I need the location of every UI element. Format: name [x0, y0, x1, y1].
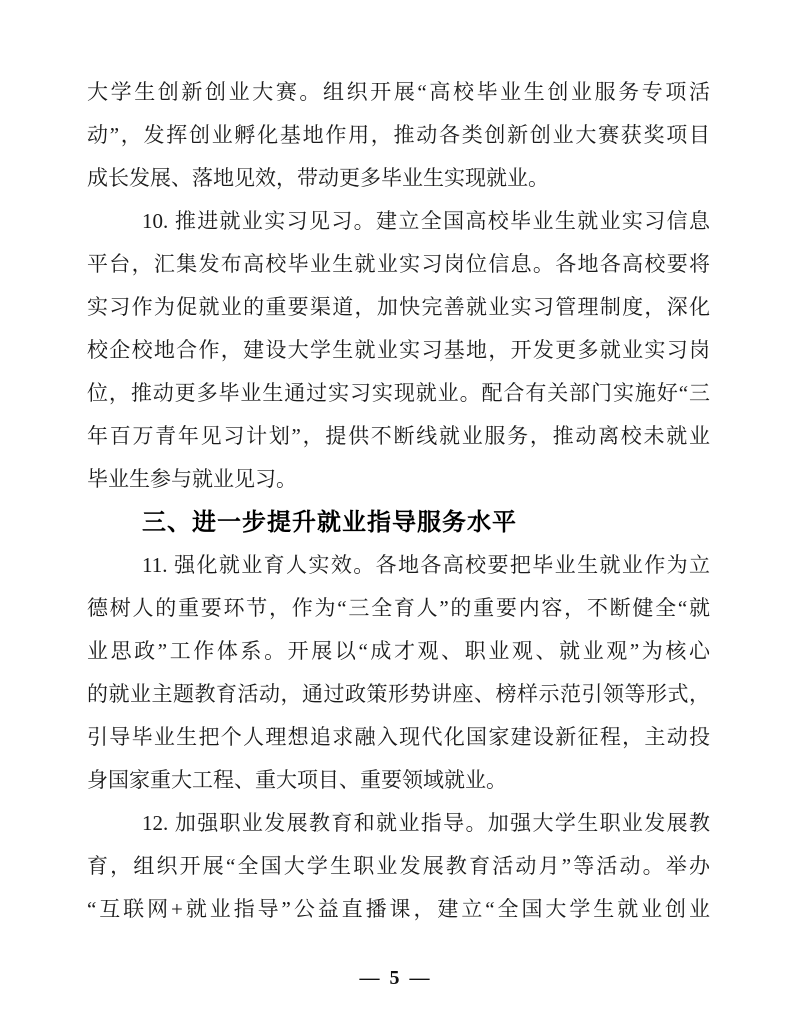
- page-footer: — 5 —: [0, 963, 789, 993]
- text-line: 动”，发挥创业孵化基地作用，推动各类创新创业大赛获奖项目: [87, 114, 710, 157]
- text-line: 业思政”工作体系。开展以“成才观、职业观、就业观”为核心: [87, 630, 710, 673]
- text-line: 毕业生参与就业见习。: [87, 458, 710, 501]
- text-line: 引导毕业生把个人理想追求融入现代化国家建设新征程，主动投: [87, 716, 710, 759]
- text-line: 身国家重大工程、重大项目、重要领域就业。: [87, 759, 710, 802]
- paragraph-10-start: 10. 推进就业实习见习。建立全国高校毕业生就业实习信息: [87, 200, 710, 243]
- footer-dash-left: —: [360, 967, 380, 989]
- paragraph-12-start: 12. 加强职业发展教育和就业指导。加强大学生职业发展教: [87, 802, 710, 845]
- text-line: 成长发展、落地见效，带动更多毕业生实现就业。: [87, 157, 710, 200]
- text-line: 的就业主题教育活动，通过政策形势讲座、榜样示范引领等形式，: [87, 673, 710, 716]
- text-line: “互联网+就业指导”公益直播课，建立“全国大学生就业创业: [87, 888, 710, 931]
- paragraph-11-start: 11. 强化就业育人实效。各地各高校要把毕业生就业作为立: [87, 544, 710, 587]
- document-text-block: 大学生创新创业大赛。组织开展“高校毕业生创业服务专项活 动”，发挥创业孵化基地作…: [87, 71, 710, 931]
- document-page: 大学生创新创业大赛。组织开展“高校毕业生创业服务专项活 动”，发挥创业孵化基地作…: [0, 0, 789, 1013]
- page-number: 5: [390, 967, 400, 989]
- section-heading: 三、进一步提升就业指导服务水平: [87, 501, 710, 544]
- text-line: 位，推动更多毕业生通过实习实现就业。配合有关部门实施好“三: [87, 372, 710, 415]
- text-line: 育，组织开展“全国大学生职业发展教育活动月”等活动。举办: [87, 845, 710, 888]
- text-line: 实习作为促就业的重要渠道，加快完善就业实习管理制度，深化: [87, 286, 710, 329]
- text-line: 年百万青年见习计划”，提供不断线就业服务，推动离校未就业: [87, 415, 710, 458]
- text-line: 大学生创新创业大赛。组织开展“高校毕业生创业服务专项活: [87, 71, 710, 114]
- text-line: 平台，汇集发布高校毕业生就业实习岗位信息。各地各高校要将: [87, 243, 710, 286]
- text-line: 校企校地合作，建设大学生就业实习基地，开发更多就业实习岗: [87, 329, 710, 372]
- text-line: 德树人的重要环节，作为“三全育人”的重要内容，不断健全“就: [87, 587, 710, 630]
- footer-dash-right: —: [410, 967, 430, 989]
